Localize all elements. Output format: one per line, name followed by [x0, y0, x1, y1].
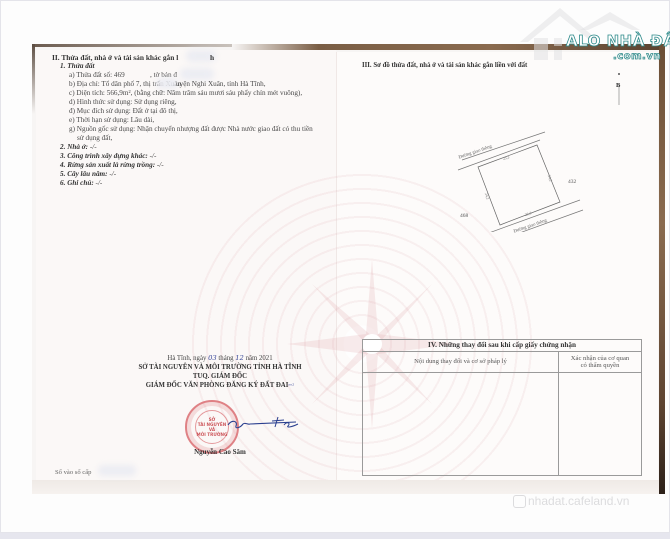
search-icon: [513, 495, 526, 508]
item-perennial-trees: 5. Cây lâu năm: -/-: [60, 170, 116, 179]
alonhadat-domain-watermark: .com.vn: [613, 51, 661, 62]
north-label: B: [616, 81, 620, 90]
redaction-blur: [180, 68, 214, 80]
item-planted-forest: 4. Rừng sản xuất là rừng trồng: -/-: [60, 161, 164, 170]
register-number-label: Số vào sổ cấp: [55, 468, 91, 477]
column-header-change-content: Nội dung thay đổi và cơ sở pháp lý: [363, 352, 559, 373]
parcel-diagram: Đường giao thông Đường giao thông 432 46…: [400, 82, 600, 232]
land-parcel-number: a) Thửa đất số: 469: [69, 71, 125, 80]
authorization-title: TUQ. GIÁM ĐỐC: [110, 372, 330, 381]
page-bottom-edge: [32, 480, 665, 494]
changes-table: IV. Những thay đổi sau khi cấp giấy chứn…: [362, 339, 642, 476]
land-use-form: d) Hình thức sử dụng: Sử dụng riêng,: [69, 98, 177, 107]
alonhadat-watermark: ALO NHÀ ĐẤT: [566, 32, 670, 50]
item-other-construction: 3. Công trình xây dựng khác: -/-: [60, 152, 156, 161]
section2-title: II. Thửa đất, nhà ở và tài sản khác gắn …: [52, 53, 178, 62]
bottom-bar: [0, 533, 670, 539]
section2-title-tail: h: [210, 53, 214, 62]
issuing-agency: SỞ TÀI NGUYÊN VÀ MÔI TRƯỜNG TỈNH HÀ TĨNH: [110, 363, 330, 372]
office-director-title: GIÁM ĐỐC VĂN PHÒNG ĐĂNG KÝ ĐẤT ĐAIᵃⁿ²: [110, 381, 330, 391]
land-use-origin-cont: sử dụng đất,: [77, 134, 112, 143]
item-house: 2. Nhà ở: -/-: [60, 143, 97, 152]
land-use-origin: g) Nguồn gốc sử dụng: Nhận chuyển nhượng…: [69, 125, 313, 134]
change-content-cell: [363, 373, 559, 476]
page-edge-top-left: [32, 44, 232, 47]
signature-block: Hà Tĩnh, ngày 03 tháng 12 năm 2021 SỞ TÀ…: [110, 354, 330, 391]
parcel-diagram-svg: [400, 82, 600, 232]
land-use-purpose: đ) Mục đích sử dụng: Đất ở tại đô thị,: [69, 107, 178, 116]
wood-table-edge-right: [659, 44, 665, 494]
land-heading: 1. Thửa đất: [60, 62, 94, 71]
neighbor-parcel-left: 468: [460, 212, 468, 221]
land-use-term: e) Thời hạn sử dụng: Lâu dài,: [69, 116, 154, 125]
north-arrow-icon: [614, 71, 624, 111]
page-edge-left: [32, 44, 35, 114]
item-notes: 6. Ghi chú: -/-: [60, 179, 102, 188]
signer-name: Nguyễn Cao Sâm: [110, 448, 330, 456]
redaction-blur: [156, 78, 178, 89]
north-arrow: B: [614, 71, 624, 111]
redaction-blur: [98, 465, 136, 476]
seal-text: SỞ TÀI NGUYÊN VÀ MÔI TRƯỜNG: [195, 410, 229, 444]
cafeland-watermark: nhadat.cafeland.vn: [528, 494, 629, 508]
land-address-tail: uyện Nghi Xuân, tỉnh Hà Tĩnh,: [176, 80, 266, 89]
neighbor-parcel-right: 432: [568, 178, 576, 187]
issue-date: Hà Tĩnh, ngày 03 tháng 12 năm 2021: [110, 354, 330, 363]
section4-title: IV. Những thay đổi sau khi cấp giấy chứn…: [363, 340, 642, 352]
land-area: c) Diện tích: 566,9m², (bằng chữ: Năm tr…: [69, 89, 302, 98]
column-header-authority-confirmation: Xác nhận của cơ quan có thẩm quyền: [559, 352, 642, 373]
authority-confirmation-cell: [559, 373, 642, 476]
handwritten-signature-icon: [226, 413, 306, 433]
section3-title: III. Sơ đồ thửa đất, nhà ở và tài sản kh…: [362, 61, 527, 70]
